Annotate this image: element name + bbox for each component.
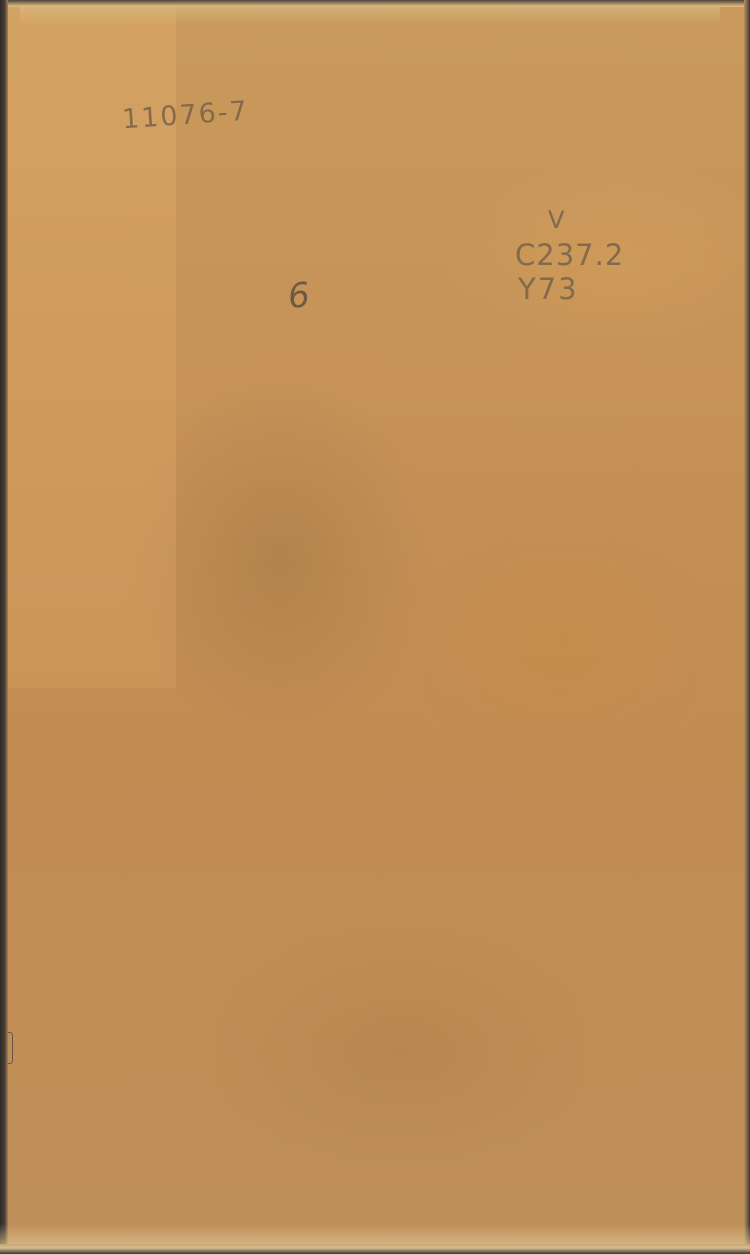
top-edge-wear bbox=[20, 7, 720, 25]
spine-mark bbox=[8, 1032, 13, 1064]
top-edge bbox=[0, 0, 750, 7]
call-number-line2: Y73 bbox=[518, 272, 579, 306]
right-edge bbox=[744, 0, 750, 1254]
bottom-edge-wear bbox=[0, 1224, 750, 1244]
check-mark: V bbox=[548, 206, 566, 234]
bottom-edge bbox=[0, 1244, 750, 1254]
book-cover: 11076-7 6 V C237.2 Y73 bbox=[0, 0, 750, 1254]
volume-number: 6 bbox=[286, 275, 314, 317]
left-edge bbox=[0, 0, 8, 1254]
call-number-line1: C237.2 bbox=[515, 238, 624, 272]
